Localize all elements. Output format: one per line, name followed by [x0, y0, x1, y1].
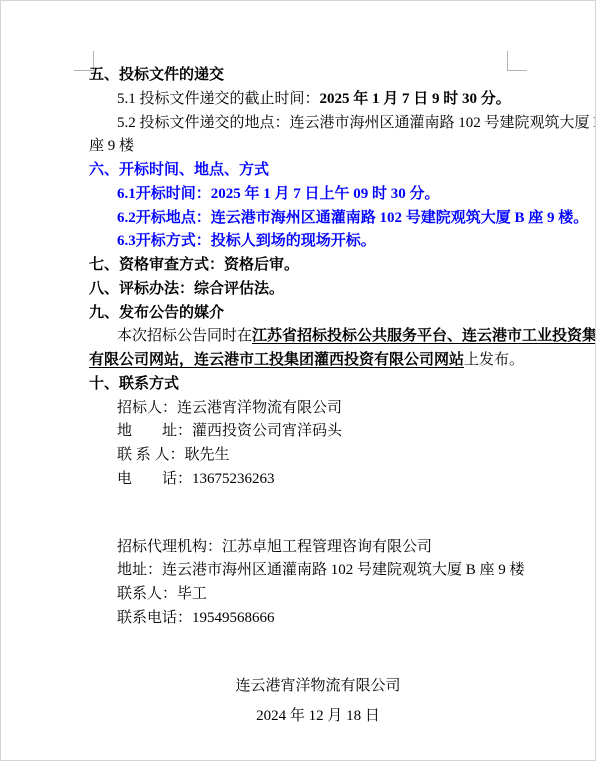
section6-heading: 六、开标时间、地点、方式 [89, 159, 529, 183]
bidder-contact-person-line: 联 系 人：耿先生 [89, 444, 529, 468]
item-5-1-label: 5.1 投标文件递交的截止时间： [117, 91, 320, 107]
signature-date: 2024 年 12 月 18 日 [107, 701, 529, 731]
bidder-name-line: 招标人：连云港宵洋物流有限公司 [89, 397, 529, 421]
section5-item-5-2-line1: 5.2 投标文件递交的地点：连云港市海州区通灌南路 102 号建院观筑大厦 B [89, 112, 529, 136]
agency-contact-block: 招标代理机构：江苏卓旭工程管理咨询有限公司 地址：连云港市海州区通灌南路 102… [89, 536, 529, 631]
section9-paragraph-line2: 有限公司网站，连云港市工投集团灌西投资有限公司网站上发布。 [89, 349, 529, 373]
section6-item-6-2: 6.2开标地点：连云港市海州区通灌南路 102 号建院观筑大厦 B 座 9 楼。 [89, 207, 529, 231]
document-page: 五、投标文件的递交 5.1 投标文件递交的截止时间：2025 年 1 月 7 日… [0, 0, 596, 761]
section6-item-6-3: 6.3开标方式：投标人到场的现场开标。 [89, 230, 529, 254]
publish-platform-names-part2: 有限公司网站，连云港市工投集团灌西投资有限公司网站 [89, 352, 464, 368]
agency-contact-person-line: 联系人：毕工 [89, 583, 529, 607]
publish-platform-names-part1: 江苏省招标投标公共服务平台、连云港市工业投资集团 [252, 328, 596, 344]
agency-name-line: 招标代理机构：江苏卓旭工程管理咨询有限公司 [89, 536, 529, 560]
bidder-address-line: 地 址：灌西投资公司宵洋码头 [89, 420, 529, 444]
bidder-contact-block: 招标人：连云港宵洋物流有限公司 地 址：灌西投资公司宵洋码头 联 系 人：耿先生… [89, 397, 529, 492]
announcement-suffix: 上发布。 [464, 352, 524, 368]
section5-heading: 五、投标文件的递交 [89, 64, 529, 88]
signature-block: 连云港宵洋物流有限公司 2024 年 12 月 18 日 [89, 671, 529, 731]
item-5-1-deadline: 2025 年 1 月 7 日 9 时 30 分。 [320, 91, 511, 107]
section8-heading: 八、评标办法：综合评估法。 [89, 278, 529, 302]
document-body: 五、投标文件的递交 5.1 投标文件递交的截止时间：2025 年 1 月 7 日… [89, 64, 529, 731]
section10-heading: 十、联系方式 [89, 373, 529, 397]
announcement-prefix: 本次招标公告同时在 [117, 328, 252, 344]
section5-item-5-2-line2: 座 9 楼 [89, 135, 529, 159]
section6-item-6-1: 6.1开标时间：2025 年 1 月 7 日上午 09 时 30 分。 [89, 183, 529, 207]
agency-phone-line: 联系电话：19549568666 [89, 607, 529, 631]
section9-paragraph-line1: 本次招标公告同时在江苏省招标投标公共服务平台、连云港市工业投资集团 [89, 325, 529, 349]
section5-item-5-1: 5.1 投标文件递交的截止时间：2025 年 1 月 7 日 9 时 30 分。 [89, 88, 529, 112]
agency-address-line: 地址：连云港市海州区通灌南路 102 号建院观筑大厦 B 座 9 楼 [89, 559, 529, 583]
section7-heading: 七、资格审查方式：资格后审。 [89, 254, 529, 278]
bidder-phone-line: 电 话：13675236263 [89, 468, 529, 492]
signature-company: 连云港宵洋物流有限公司 [107, 671, 529, 701]
section9-heading: 九、发布公告的媒介 [89, 302, 529, 326]
